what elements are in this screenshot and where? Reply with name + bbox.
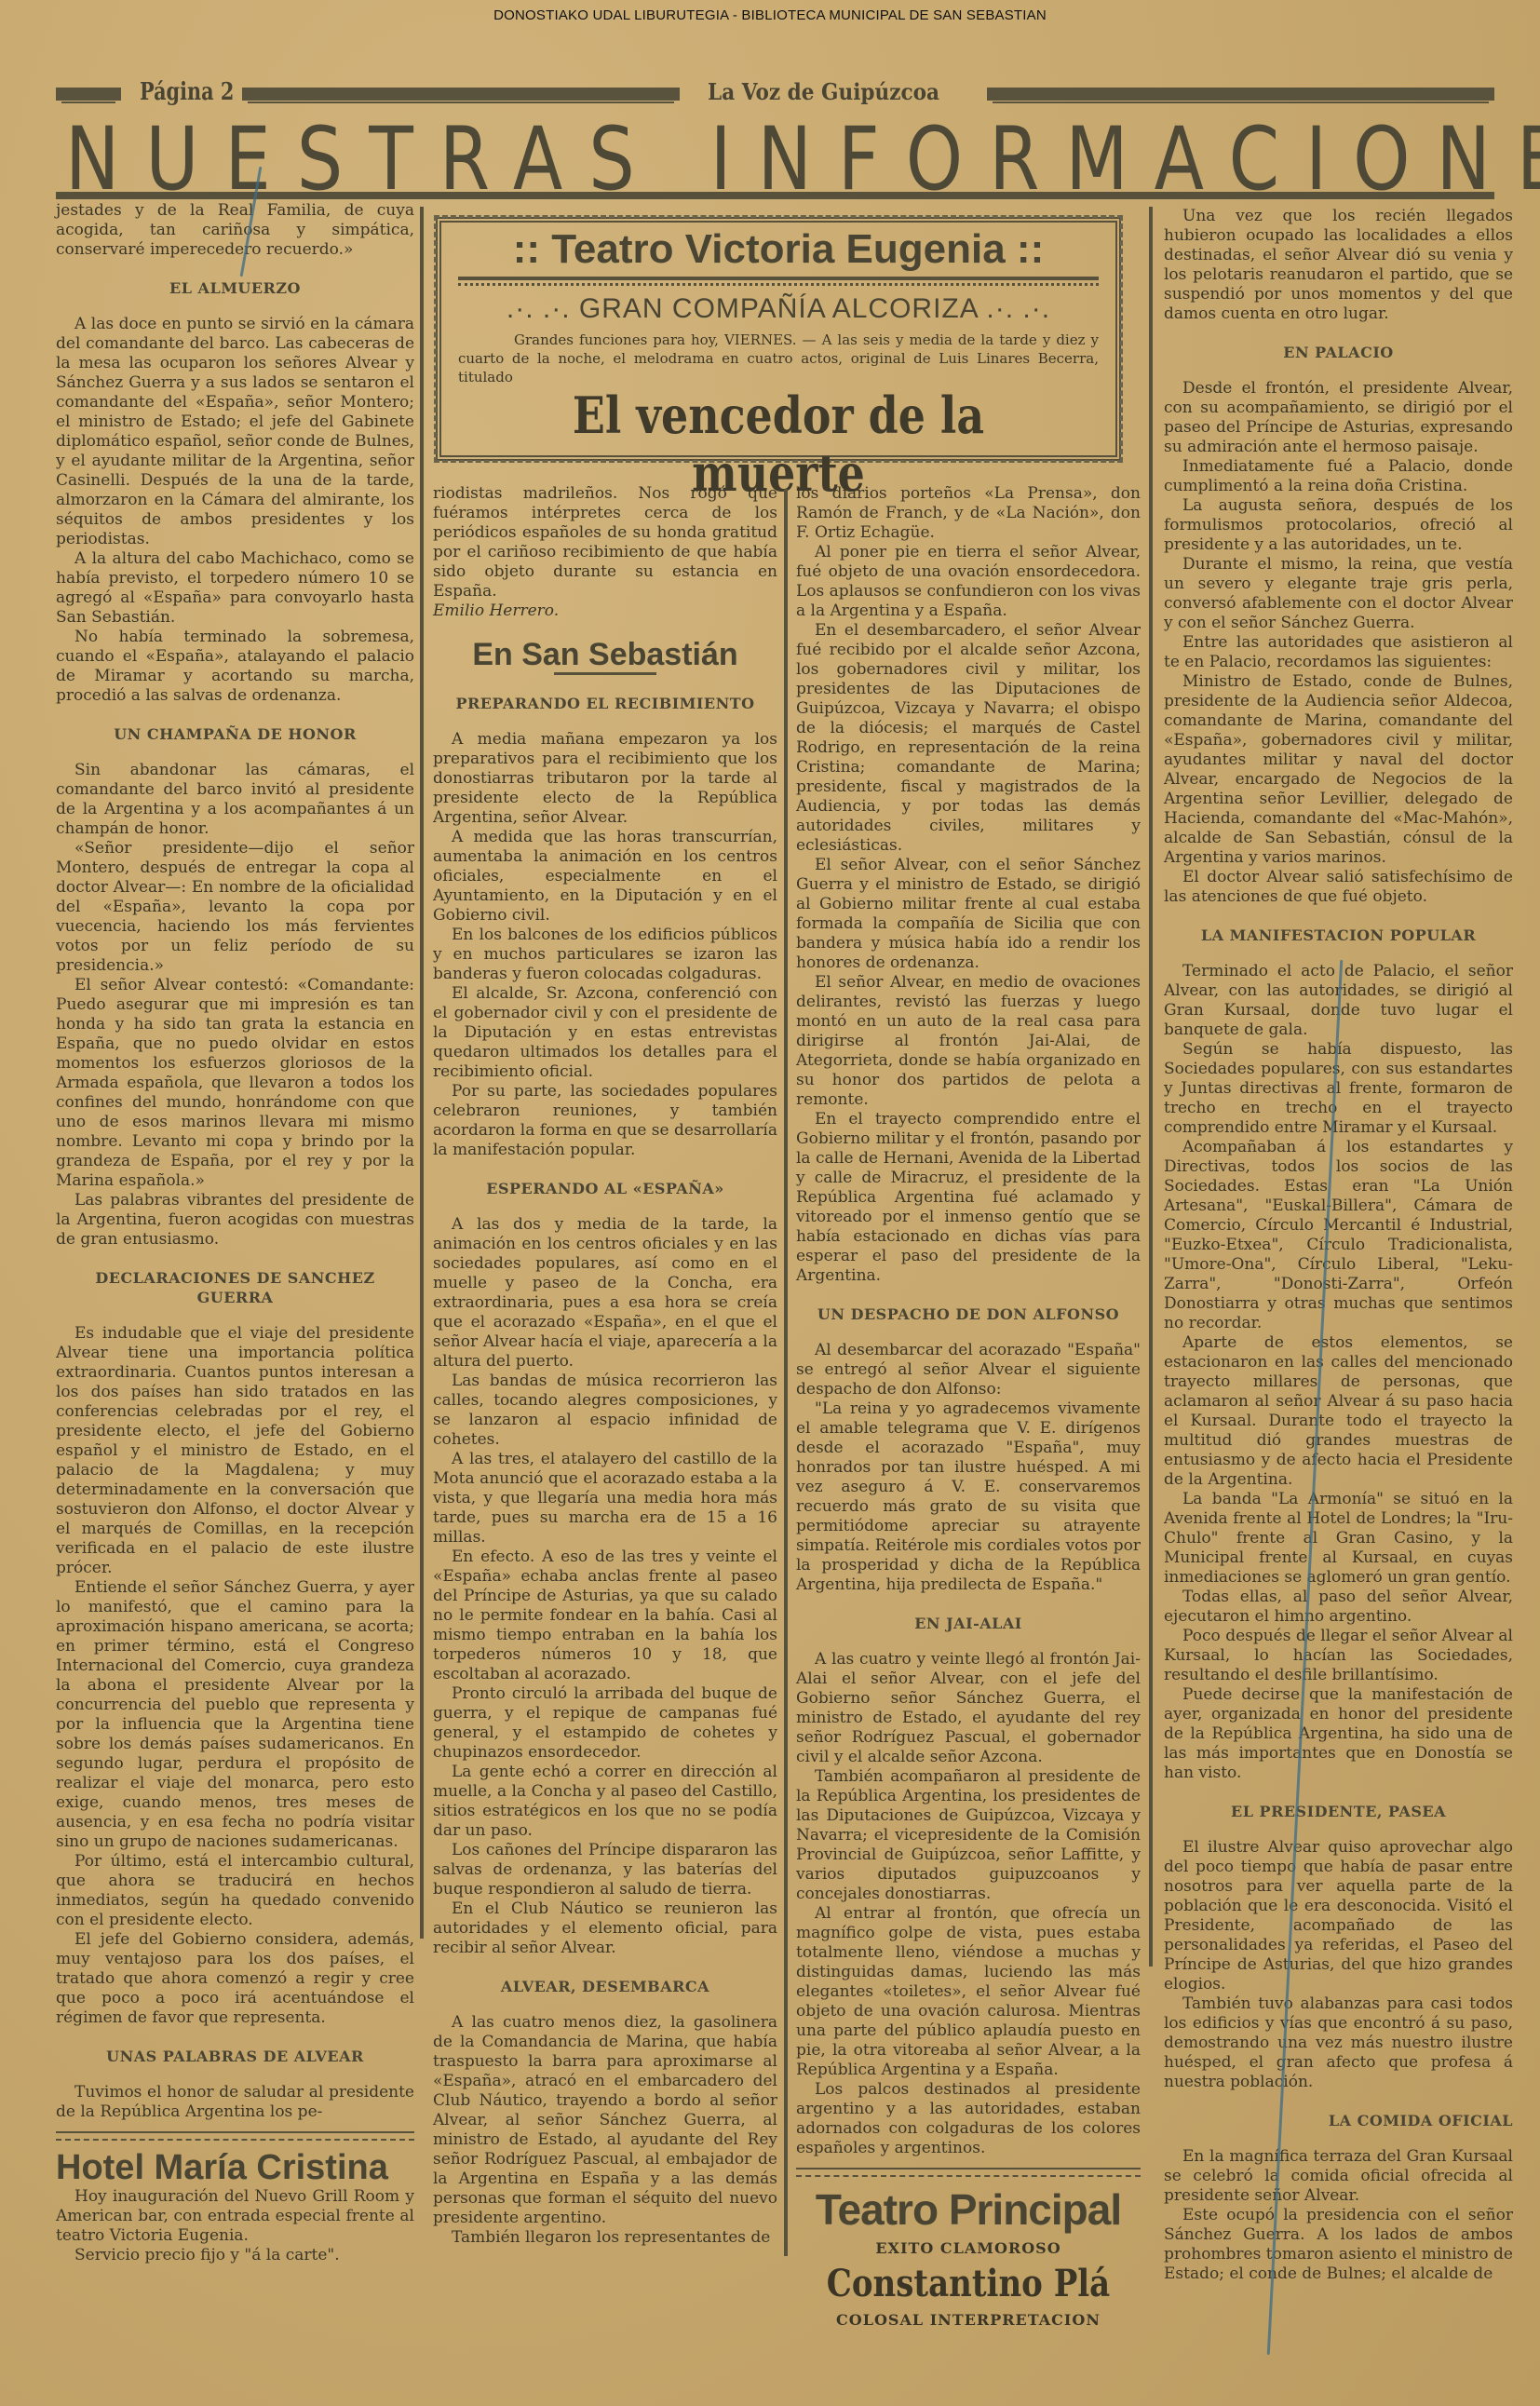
ad-divider xyxy=(796,2168,1141,2177)
column-1: jestades y de la Real Familia, de cuya a… xyxy=(56,201,414,2265)
paragraph: El ilustre Alvear quiso aprovechar algo … xyxy=(1164,1838,1513,1994)
paragraph: En efecto. A eso de las tres y veinte el… xyxy=(433,1548,777,1684)
subheading: EL PRESIDENTE, PASEA xyxy=(1164,1802,1513,1821)
paragraph: Este ocupó la presidencia con el señor S… xyxy=(1164,2206,1513,2284)
column-2: riodistas madrileños. Nos rogó que fuéra… xyxy=(433,484,777,2248)
folio-rule xyxy=(987,88,1494,101)
paragraph: riodistas madrileños. Nos rogó que fuéra… xyxy=(433,484,777,601)
ad-rule xyxy=(458,277,1099,280)
paragraph: El alcalde, Sr. Azcona, conferenció con … xyxy=(433,984,777,1082)
subheading: UNAS PALABRAS DE ALVEAR xyxy=(56,2047,414,2066)
paragraph: En los balcones de los edificios público… xyxy=(433,926,777,984)
heading-rule xyxy=(554,672,656,675)
paragraph: A la altura del cabo Machichaco, como se… xyxy=(56,549,414,628)
subheading: UN CHAMPAÑA DE HONOR xyxy=(56,724,414,744)
paragraph: Aparte de estos elementos, se estacionar… xyxy=(1164,1333,1513,1490)
archive-watermark: DONOSTIAKO UDAL LIBURUTEGIA - BIBLIOTECA… xyxy=(0,7,1540,23)
paragraph: Desde el frontón, el presidente Alvear, … xyxy=(1164,379,1513,457)
paragraph: «Señor presidente—dijo el señor Montero,… xyxy=(56,839,414,976)
paragraph: El doctor Alvear salió satisfechísimo de… xyxy=(1164,868,1513,907)
hotel-ad-title: Hotel María Cristina xyxy=(56,2148,414,2187)
column-rule xyxy=(1149,207,1153,1967)
column-rule xyxy=(784,489,788,2256)
paragraph: La augusta señora, después de los formul… xyxy=(1164,496,1513,555)
ad-rule xyxy=(458,283,1099,286)
section-heading: En San Sebastián xyxy=(433,645,777,665)
subheading: PREPARANDO EL RECIBIMIENTO xyxy=(433,694,777,713)
paragraph: La banda "La Armonía" se situó en la Ave… xyxy=(1164,1490,1513,1588)
masthead-rule xyxy=(56,192,1494,199)
hotel-ad-text: Hoy inauguración del Nuevo Grill Room y … xyxy=(56,2187,414,2246)
paragraph: "La reina y yo agradecemos vivamente el … xyxy=(796,1399,1141,1595)
ad-title: :: Teatro Victoria Eugenia :: xyxy=(458,226,1099,273)
subheading: UN DESPACHO DE DON ALFONSO xyxy=(796,1304,1141,1324)
ad-subtitle: EXITO CLAMOROSO xyxy=(796,2238,1141,2258)
ad-performer: Constantino Plá xyxy=(822,2262,1115,2306)
column-rule xyxy=(420,207,424,1939)
paragraph: Al entrar al frontón, que ofrecía un mag… xyxy=(796,1904,1141,2080)
ad-company: .·. .·. GRAN COMPAÑÍA ALCORIZA .·. .·. xyxy=(458,293,1099,325)
paragraph: A las dos y media de la tarde, la animac… xyxy=(433,1215,777,1372)
teatro-principal-ad: Teatro Principal EXITO CLAMOROSO Constan… xyxy=(796,2184,1141,2330)
column-3: los diarios porteños «La Prensa», don Ra… xyxy=(796,484,1141,2333)
ad-divider xyxy=(56,2131,414,2141)
paragraph: Una vez que los recién llegados hubieron… xyxy=(1164,207,1513,324)
paragraph: jestades y de la Real Familia, de cuya a… xyxy=(56,201,414,260)
subheading: LA MANIFESTACION POPULAR xyxy=(1164,926,1513,945)
paragraph: A medida que las horas transcurrían, aum… xyxy=(433,828,777,926)
newspaper-name: La Voz de Guipúzcoa xyxy=(708,78,939,105)
paragraph: También llegaron los representantes de xyxy=(433,2228,777,2248)
paragraph: En el Club Náutico se reunieron las auto… xyxy=(433,1899,777,1958)
subheading: EL ALMUERZO xyxy=(56,278,414,298)
paragraph: A media mañana empezaron ya los preparat… xyxy=(433,730,777,828)
paragraph: El jefe del Gobierno considera, además, … xyxy=(56,1930,414,2028)
paragraph: También tuvo alabanzas para casi todos l… xyxy=(1164,1994,1513,2092)
paragraph: Al poner pie en tierra el señor Alvear, … xyxy=(796,543,1141,621)
paragraph: Entre las autoridades que asistieron al … xyxy=(1164,633,1513,672)
hotel-ad-text: Servicio precio fijo y "á la carte". xyxy=(56,2246,414,2265)
paragraph: La gente echó a correr en dirección al m… xyxy=(433,1763,777,1841)
paragraph: Según se había dispuesto, las Sociedades… xyxy=(1164,1040,1513,1138)
ad-title: Teatro Principal xyxy=(796,2184,1141,2235)
paragraph: Las bandas de música recorrieron las cal… xyxy=(433,1372,777,1450)
paragraph: Por último, está el intercambio cultural… xyxy=(56,1852,414,1930)
subheading: EN PALACIO xyxy=(1164,343,1513,362)
subheading: EN JAI-ALAI xyxy=(796,1614,1141,1633)
paragraph: Las palabras vibrantes del presidente de… xyxy=(56,1191,414,1250)
paragraph: Sin abandonar las cámaras, el comandante… xyxy=(56,761,414,839)
subheading: DECLARACIONES DE SANCHEZ GUERRA xyxy=(56,1268,414,1307)
byline: Emilio Herrero. xyxy=(433,601,777,621)
paragraph: El señor Alvear contestó: «Comandante: P… xyxy=(56,976,414,1191)
paragraph: Durante el mismo, la reina, que vestía u… xyxy=(1164,555,1513,633)
subheading: LA COMIDA OFICIAL xyxy=(1164,2111,1513,2130)
folio-rule xyxy=(242,88,680,101)
teatro-victoria-ad: :: Teatro Victoria Eugenia :: .·. .·. GR… xyxy=(436,217,1121,461)
paragraph: También acompañaron al presidente de la … xyxy=(796,1767,1141,1904)
hotel-ad: Hotel María Cristina Hoy inauguración de… xyxy=(56,2148,414,2265)
paragraph: A las cuatro menos diez, la gasolinera d… xyxy=(433,2013,777,2228)
paragraph: Entiende el señor Sánchez Guerra, y ayer… xyxy=(56,1578,414,1852)
paragraph: Los palcos destinados al presidente arge… xyxy=(796,2080,1141,2158)
paragraph: Ministro de Estado, conde de Bulnes, pre… xyxy=(1164,672,1513,868)
paragraph: A las cuatro y veinte llegó al frontón J… xyxy=(796,1650,1141,1767)
paragraph: Es indudable que el viaje del presidente… xyxy=(56,1324,414,1578)
page-number: Página 2 xyxy=(140,78,234,106)
paragraph: los diarios porteños «La Prensa», don Ra… xyxy=(796,484,1141,543)
folio-line: Página 2 La Voz de Guipúzcoa xyxy=(56,80,1494,108)
paragraph: A las tres, el atalayero del castillo de… xyxy=(433,1450,777,1548)
folio-rule xyxy=(56,88,121,101)
paragraph: Pronto circuló la arribada del buque de … xyxy=(433,1684,777,1763)
paragraph: Todas ellas, al paso del señor Alvear, e… xyxy=(1164,1588,1513,1627)
paragraph: El señor Alvear, en medio de ovaciones d… xyxy=(796,973,1141,1110)
paragraph: El señor Alvear, con el señor Sánchez Gu… xyxy=(796,856,1141,973)
paragraph: A las doce en punto se sirvió en la cáma… xyxy=(56,315,414,549)
ad-subtitle: COLOSAL INTERPRETACION xyxy=(796,2310,1141,2330)
subheading: ESPERANDO AL «ESPAÑA» xyxy=(433,1179,777,1198)
paragraph: En la magnífica terraza del Gran Kursaal… xyxy=(1164,2147,1513,2206)
ad-details: Grandes funciones para hoy, VIERNES. — A… xyxy=(458,331,1099,386)
paragraph: En el desembarcadero, el señor Alvear fu… xyxy=(796,621,1141,856)
column-4: Una vez que los recién llegados hubieron… xyxy=(1164,207,1513,2284)
paragraph: Los cañones del Príncipe dispararon las … xyxy=(433,1841,777,1899)
subheading: ALVEAR, DESEMBARCA xyxy=(433,1977,777,1996)
paragraph: Puede decirse que la manifestación de ay… xyxy=(1164,1685,1513,1783)
paragraph: Tuvimos el honor de saludar al president… xyxy=(56,2083,414,2122)
paragraph: Inmediatamente fué a Palacio, donde cump… xyxy=(1164,457,1513,496)
paragraph: Por su parte, las sociedades populares c… xyxy=(433,1082,777,1160)
paragraph: Al desembarcar del acorazado "España" se… xyxy=(796,1341,1141,1399)
paragraph: No había terminado la sobremesa, cuando … xyxy=(56,628,414,706)
paragraph: Acompañaban á los estandartes y Directiv… xyxy=(1164,1138,1513,1333)
paragraph: En el trayecto comprendido entre el Gobi… xyxy=(796,1110,1141,1286)
paragraph: Poco después de llegar el señor Alvear a… xyxy=(1164,1627,1513,1685)
